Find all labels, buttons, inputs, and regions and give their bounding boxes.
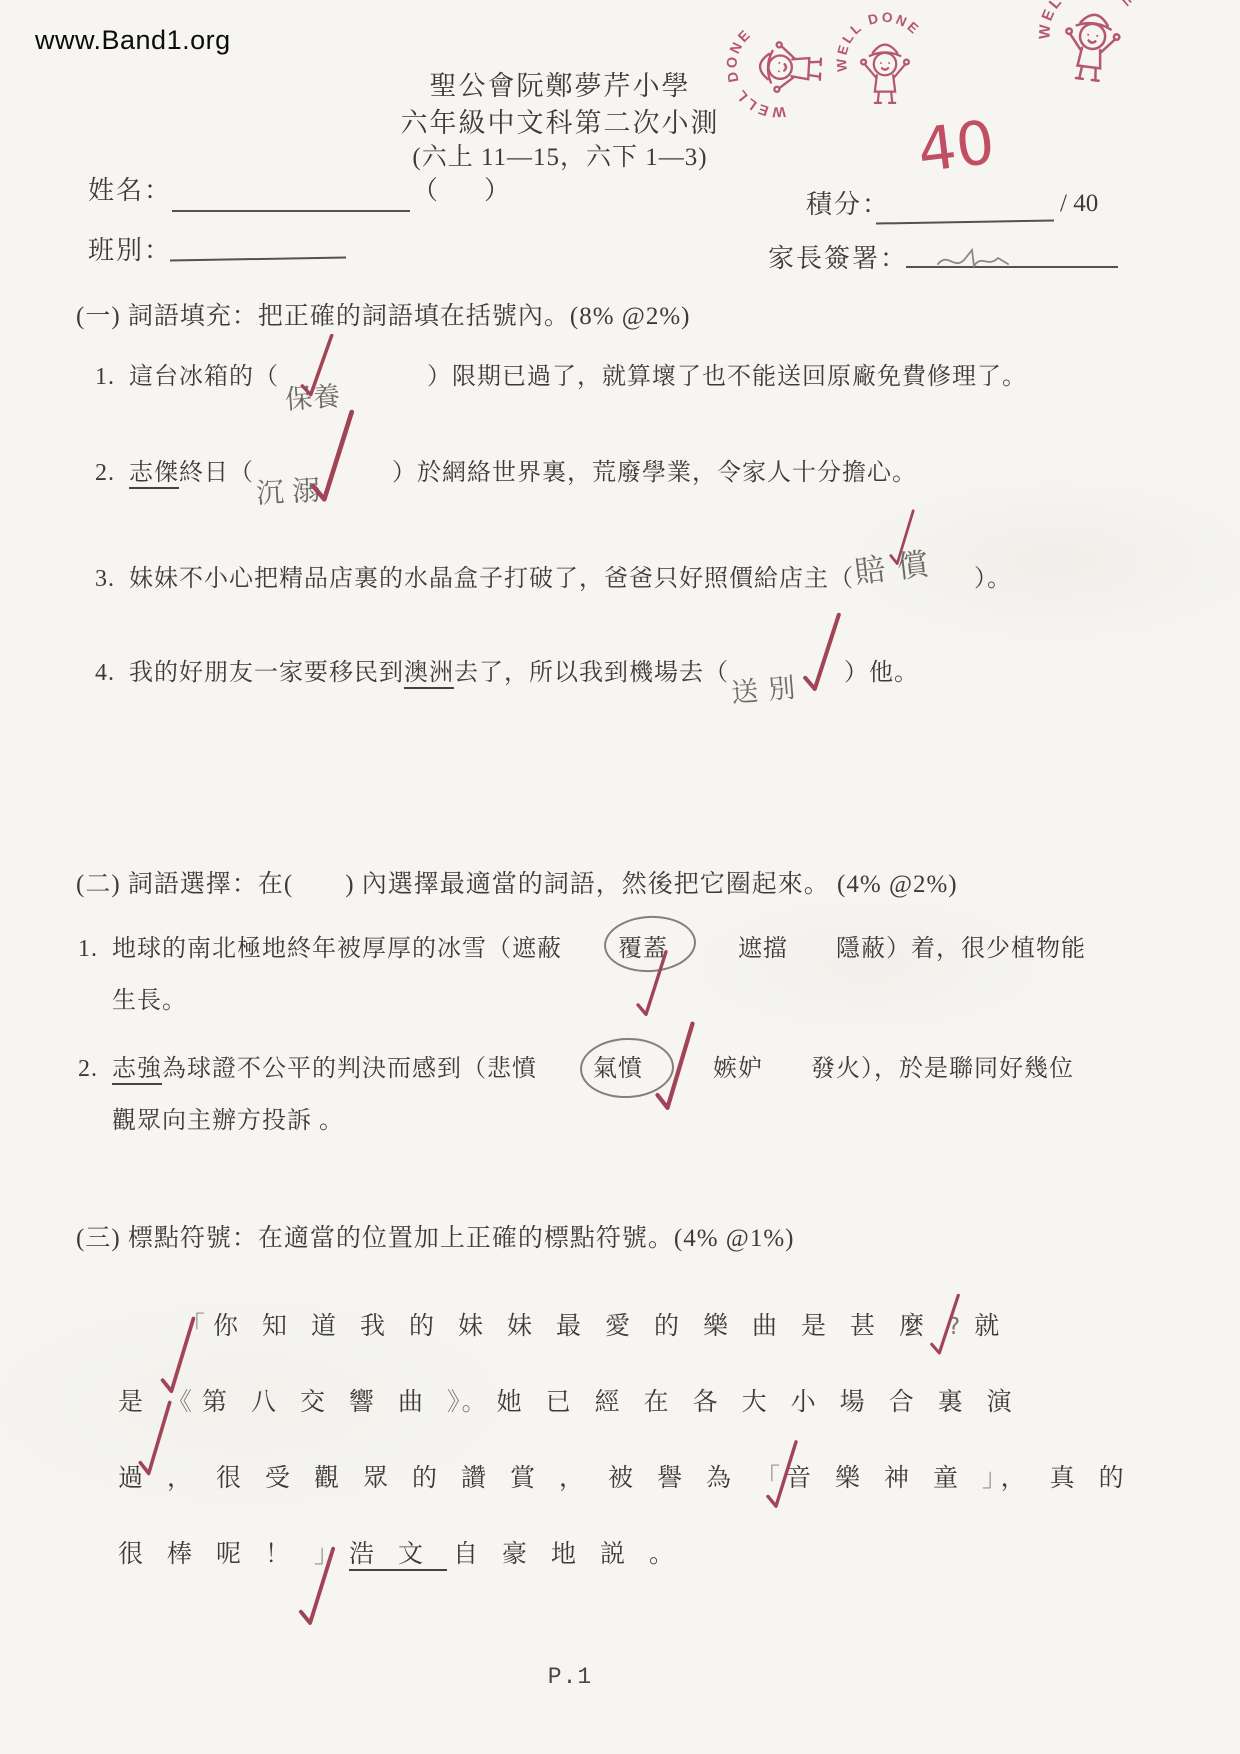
q4-text-post: 他。 xyxy=(869,660,919,686)
q2-text-post: 於網絡世界裏，荒廢學業，令家人十分擔心。 xyxy=(417,460,917,486)
svg-text:WELL DONE: WELL DONE xyxy=(721,25,790,120)
q2-name-underlined: 志傑 xyxy=(129,460,179,489)
section1-q2: 2.志傑終日（沉溺）於網絡世界裏，荒廢學業，令家人十分擔心。 xyxy=(95,452,917,487)
section3-line3: 過，很受觀眾的讚賞，被譽為「音樂神童」，真的 xyxy=(118,1458,1148,1494)
section2-heading: (二) 詞語選擇：在( ) 內選擇最適當的詞語，然後把它圈起來。 (4% @2%… xyxy=(76,864,958,900)
red-check-icon xyxy=(650,1016,700,1118)
section2-q1-line2: 生長。 xyxy=(112,980,187,1015)
section1-q3: 3.妹妹不小心把精品店裏的水晶盒子打破了，爸爸只好照價給店主（賠償）。 xyxy=(95,558,1012,593)
score-label: 積分： xyxy=(806,184,890,221)
s2q2-name-underlined: 志強 xyxy=(112,1056,162,1085)
line4-name-underlined: 浩文 xyxy=(349,1541,447,1571)
test-scope: (六上 11—15，六下 1—3) xyxy=(300,137,820,173)
s2q2-text-post: ），於是聯同好幾位 xyxy=(861,1056,1074,1082)
s2q1-number: 1. xyxy=(78,936,98,963)
class-label: 班別： xyxy=(88,230,172,267)
line3-mid: 音樂神童 xyxy=(786,1465,982,1492)
well-done-stamp-icon: WELL DONE xyxy=(1029,0,1156,97)
score-blank-line xyxy=(876,219,1054,224)
stamp-arc-text: WELL DONE xyxy=(721,25,790,120)
red-check-icon xyxy=(296,330,338,402)
red-check-icon xyxy=(134,1396,176,1482)
scanned-exam-paper: www.Band1.org 聖公會阮鄭夢芹小學 六年級中文科第二次小測 (六上 … xyxy=(0,0,1240,1754)
q3-number: 3. xyxy=(95,566,115,593)
red-check-icon xyxy=(926,1290,964,1360)
red-check-icon xyxy=(798,608,846,698)
q4-number: 4. xyxy=(95,660,115,687)
section2-q1-line1: 1.地球的南北極地終年被厚厚的冰雪（遮蔽覆蓋遮擋隱蔽）着，很少植物能 xyxy=(78,928,1086,963)
q4-text-pre: 我的好朋友一家要移民到 xyxy=(129,660,404,686)
name-blank-line xyxy=(172,210,410,212)
line1-text: 你知道我的妹妹最愛的樂曲是甚麼 xyxy=(213,1313,948,1340)
s2q1-option3: 遮擋 xyxy=(738,936,788,962)
well-done-stamp-icon: WELL DONE xyxy=(721,11,832,122)
q4-answer-handwritten: 送別 xyxy=(729,665,806,710)
section3-line2: 是《第八交響曲》。她已經在各大小場合裏演 xyxy=(118,1382,1036,1418)
red-check-icon xyxy=(294,1542,340,1632)
parent-signature-label: 家長簽署： xyxy=(768,238,908,275)
line4-rest: 自豪地説。 xyxy=(453,1541,698,1568)
q2-text-pre: 終日（ xyxy=(179,460,254,486)
line3-rest: ，真的 xyxy=(1001,1465,1148,1492)
section2-q2-line1: 2.志強為球證不公平的判決而感到（悲憤氣憤嫉妒發火），於是聯同好幾位 xyxy=(78,1048,1074,1083)
section3-heading: (三) 標點符號：在適當的位置加上正確的標點符號。(4% @1%) xyxy=(76,1218,794,1254)
section3-line1: 「你知道我的妹妹最愛的樂曲是甚麼?就 xyxy=(180,1306,1023,1342)
s2q2-option1: 悲憤 xyxy=(487,1056,537,1082)
s2q1-text-pre: 地球的南北極地終年被厚厚的冰雪（ xyxy=(112,936,512,962)
name-number-paren: （ ） xyxy=(412,170,520,207)
line2-rest: 她已經在各大小場合裏演 xyxy=(497,1389,1036,1416)
hw-close-book-quote: 》。 xyxy=(447,1387,489,1416)
red-check-icon xyxy=(762,1436,802,1514)
hw-close-quote: 」 xyxy=(982,1463,997,1492)
class-blank-line xyxy=(170,256,346,261)
section2-q2-line2: 觀眾向主辦方投訴 。 xyxy=(112,1100,344,1135)
s2q2-option4: 發火 xyxy=(811,1056,861,1082)
q2-close-paren: ） xyxy=(392,460,417,486)
red-check-icon xyxy=(156,1312,200,1400)
line2-text: 第八交響曲 xyxy=(202,1389,447,1416)
q4-text-mid: 去了，所以我到機場去（ xyxy=(454,660,729,686)
red-check-icon xyxy=(305,404,360,510)
q2-number: 2. xyxy=(95,460,115,487)
s2q2-option3: 嫉妒 xyxy=(713,1056,763,1082)
red-check-icon xyxy=(632,946,672,1022)
section1-heading: (一) 詞語填充：把正確的詞語填在括號內。(8% @2%) xyxy=(76,296,690,332)
section1-q1: 1.這台冰箱的（保養）限期已過了，就算壞了也不能送回原廠免費修理了。 xyxy=(95,356,1027,391)
s2q1-option4: 隱蔽 xyxy=(836,936,886,962)
watermark-url: www.Band1.org xyxy=(35,25,231,56)
score-value-handwritten: 40 xyxy=(914,108,998,187)
q1-text-post: 限期已過了，就算壞了也不能送回原廠免費修理了。 xyxy=(452,364,1027,390)
s2q1-text-post: ）着，很少植物能 xyxy=(886,936,1086,962)
q1-number: 1. xyxy=(95,364,115,391)
score-total: / 40 xyxy=(1060,190,1098,218)
s2q1-option1: 遮蔽 xyxy=(512,936,562,962)
q3-text-pre: 妹妹不小心把精品店裏的水晶盒子打破了，爸爸只好照價給店主（ xyxy=(129,566,854,592)
q3-close-paren: ）。 xyxy=(974,566,1012,592)
red-check-icon xyxy=(886,506,918,570)
q1-close-paren: ） xyxy=(427,364,452,390)
q4-place-underlined: 澳洲 xyxy=(404,660,454,689)
section1-q4: 4.我的好朋友一家要移民到澳洲去了，所以我到機場去（送別）他。 xyxy=(95,652,919,687)
line1-tail: 就 xyxy=(974,1313,1023,1340)
s2q2-number: 2. xyxy=(78,1056,98,1083)
q4-close-paren: ） xyxy=(844,660,869,686)
q1-text-pre: 這台冰箱的（ xyxy=(129,364,279,390)
page-number: P.1 xyxy=(460,1664,680,1690)
name-label: 姓名： xyxy=(88,170,172,207)
section3-line4: 很棒呢！」浩文自豪地説。 xyxy=(118,1534,698,1570)
well-done-stamp-icon: WELL DONE xyxy=(834,8,936,114)
line4-lead: 很棒呢！ xyxy=(118,1541,314,1568)
s2q2-text-pre: 為球證不公平的判決而感到（ xyxy=(162,1056,487,1082)
line3-lead: 過，很受觀眾的讚賞，被譽為 xyxy=(118,1465,755,1492)
parent-signature-scribble xyxy=(934,244,1054,272)
